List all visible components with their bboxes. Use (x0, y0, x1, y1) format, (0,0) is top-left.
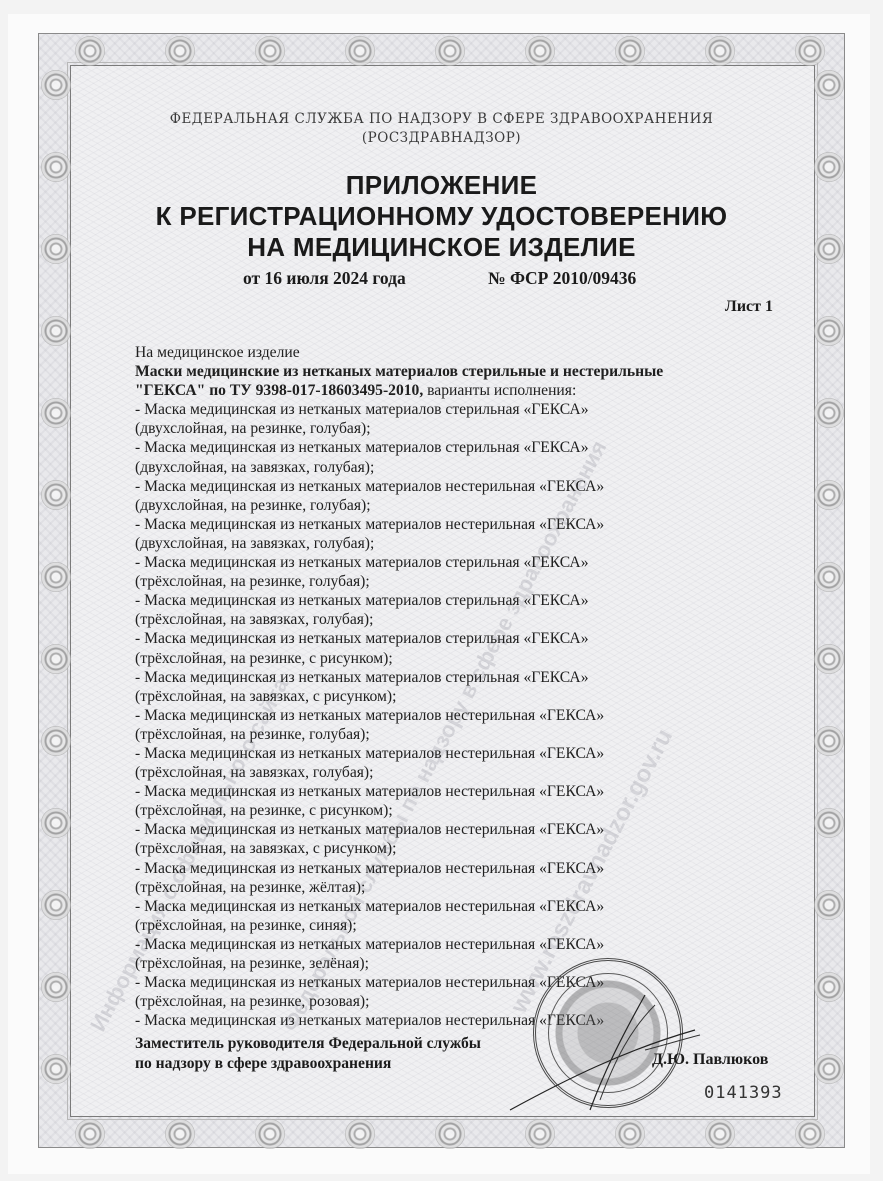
signatory-position: Заместитель руководителя Федеральной слу… (135, 1034, 481, 1074)
border-rosette-ornament (814, 644, 844, 674)
border-rosette-ornament (814, 398, 844, 428)
variant-name: - Маска медицинская из нетканых материал… (135, 515, 775, 534)
variant-name: - Маска медицинская из нетканых материал… (135, 629, 775, 648)
border-rosette-ornament (814, 890, 844, 920)
border-rosette-ornament (41, 480, 71, 510)
border-rosette-ornament (165, 36, 195, 66)
border-rosette-ornament (525, 1119, 555, 1149)
variant-name: - Маска медицинская из нетканых материал… (135, 706, 775, 725)
variant-name: - Маска медицинская из нетканых материал… (135, 400, 775, 419)
border-rosette-ornament (615, 36, 645, 66)
border-rosette-ornament (41, 70, 71, 100)
variant-name: - Маска медицинская из нетканых материал… (135, 859, 775, 878)
variants-label: варианты исполнения: (423, 382, 576, 399)
border-rosette-ornament (41, 316, 71, 346)
border-rosette-ornament (795, 1119, 825, 1149)
border-rosette-ornament (165, 1119, 195, 1149)
document-title-line-2: К РЕГИСТРАЦИОННОМУ УДОСТОВЕРЕНИЮ (0, 201, 883, 232)
border-rosette-ornament (814, 972, 844, 1002)
registration-number: № ФСР 2010/09436 (488, 268, 636, 289)
sheet-number: Лист 1 (725, 298, 773, 316)
product-name-line-1: Маски медицинские из нетканых материалов… (135, 362, 775, 381)
variant-spec: (трёхслойная, на завязках, с рисунком); (135, 839, 775, 858)
border-rosette-ornament (435, 1119, 465, 1149)
variant-name: - Маска медицинская из нетканых материал… (135, 553, 775, 572)
variant-spec: (трёхслойная, на завязках, голубая); (135, 610, 775, 629)
variant-name: - Маска медицинская из нетканых материал… (135, 591, 775, 610)
product-spec: "ГЕКСА" по ТУ 9398-017-18603495-2010, (135, 382, 423, 399)
variant-spec: (трёхслойная, на резинке, с рисунком); (135, 801, 775, 820)
variant-spec: (трёхслойная, на завязках, с рисунком); (135, 687, 775, 706)
border-rosette-ornament (345, 1119, 375, 1149)
variant-spec: (двухслойная, на завязках, голубая); (135, 458, 775, 477)
variant-spec: (трёхслойная, на резинке, голубая); (135, 725, 775, 744)
signatory-position-line-2: по надзору в сфере здравоохранения (135, 1054, 481, 1074)
border-rosette-ornament (41, 726, 71, 756)
border-rosette-ornament (814, 808, 844, 838)
variant-spec: (трёхслойная, на завязках, голубая); (135, 763, 775, 782)
issue-date: от 16 июля 2024 года (243, 268, 406, 289)
border-rosette-ornament (41, 644, 71, 674)
border-rosette-ornament (795, 36, 825, 66)
variant-spec: (трёхслойная, на резинке, зелёная); (135, 954, 775, 973)
variant-name: - Маска медицинская из нетканых материал… (135, 438, 775, 457)
border-rosette-ornament (705, 36, 735, 66)
variant-name: - Маска медицинская из нетканых материал… (135, 668, 775, 687)
border-rosette-ornament (41, 398, 71, 428)
border-rosette-ornament (255, 1119, 285, 1149)
border-rosette-ornament (525, 36, 555, 66)
border-rosette-ornament (75, 1119, 105, 1149)
border-rosette-ornament (41, 562, 71, 592)
border-rosette-ornament (705, 1119, 735, 1149)
document-title-line-1: ПРИЛОЖЕНИЕ (0, 170, 883, 201)
form-serial-number: 0141393 (704, 1083, 783, 1103)
variant-name: - Маска медицинская из нетканых материал… (135, 744, 775, 763)
border-rosette-ornament (814, 562, 844, 592)
variant-name: - Маска медицинская из нетканых материал… (135, 935, 775, 954)
variant-spec: (двухслойная, на завязках, голубая); (135, 534, 775, 553)
signatory-position-line-1: Заместитель руководителя Федеральной слу… (135, 1034, 481, 1054)
border-rosette-ornament (75, 36, 105, 66)
document-title-line-3: НА МЕДИЦИНСКОЕ ИЗДЕЛИЕ (0, 232, 883, 263)
border-rosette-ornament (41, 972, 71, 1002)
border-rosette-ornament (814, 1054, 844, 1084)
variant-spec: (трёхслойная, на резинке, синяя); (135, 916, 775, 935)
variants-list: - Маска медицинская из нетканых материал… (135, 400, 775, 1030)
border-rosette-ornament (435, 36, 465, 66)
variant-name: - Маска медицинская из нетканых материал… (135, 477, 775, 496)
variant-spec: (трёхслойная, на резинке, голубая); (135, 572, 775, 591)
variant-spec: (трёхслойная, на резинке, с рисунком); (135, 649, 775, 668)
variant-name: - Маска медицинская из нетканых материал… (135, 897, 775, 916)
variant-name: - Маска медицинская из нетканых материал… (135, 782, 775, 801)
agency-name: ФЕДЕРАЛЬНАЯ СЛУЖБА ПО НАДЗОРУ В СФЕРЕ ЗД… (0, 110, 883, 129)
intro-text: На медицинское изделие (135, 343, 775, 362)
variant-name: - Маска медицинская из нетканых материал… (135, 820, 775, 839)
variant-spec: (трёхслойная, на резинке, жёлтая); (135, 878, 775, 897)
agency-abbreviation: (РОСЗДРАВНАДЗОР) (0, 129, 883, 148)
border-rosette-ornament (814, 316, 844, 346)
border-rosette-ornament (41, 808, 71, 838)
border-rosette-ornament (41, 890, 71, 920)
border-rosette-ornament (814, 70, 844, 100)
border-rosette-ornament (814, 480, 844, 510)
signatory-name: Д.Ю. Павлюков (652, 1051, 768, 1069)
variant-spec: (двухслойная, на резинке, голубая); (135, 419, 775, 438)
product-name-line-2: "ГЕКСА" по ТУ 9398-017-18603495-2010, ва… (135, 381, 775, 400)
border-rosette-ornament (41, 1054, 71, 1084)
document-body: На медицинское изделие Маски медицинские… (135, 343, 775, 1030)
border-rosette-ornament (615, 1119, 645, 1149)
border-rosette-ornament (255, 36, 285, 66)
border-rosette-ornament (814, 726, 844, 756)
variant-spec: (двухслойная, на резинке, голубая); (135, 496, 775, 515)
border-rosette-ornament (345, 36, 375, 66)
